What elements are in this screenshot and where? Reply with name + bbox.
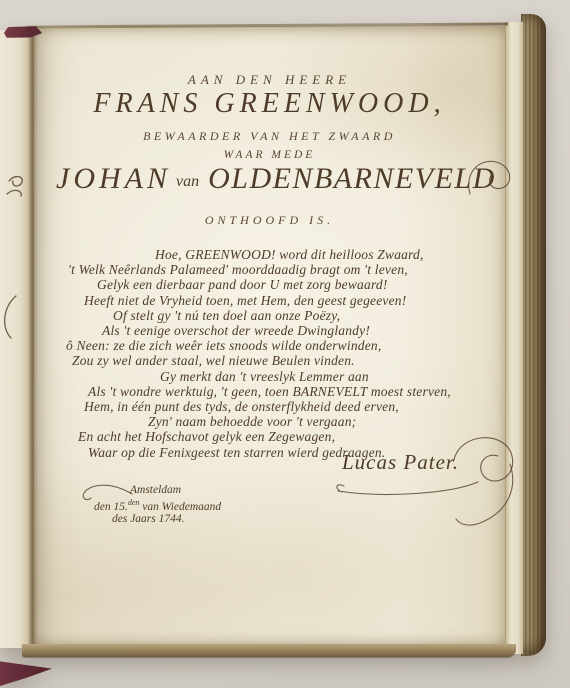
signature-name: Lucas Pater. [342,450,459,475]
colophon-date-ordinal: den [128,498,140,507]
poem-line: Of stelt gy 't nú ten doel aan onze Poëz… [113,308,505,323]
poem-line: Zou zy wel ander staal, wel nieuwe Beule… [72,353,505,368]
poem-line: 't Welk Neêrlands Palameed' moorddaadig … [68,262,505,277]
page-content: AAN DEN HEERE FRANS GREENWOOD, BEWAARDER… [34,26,505,646]
colophon-place: Amsteldam [130,484,221,497]
poem: Hoe, GREENWOOD! word dit heilloos Zwaard… [34,247,505,460]
poem-line: En acht het Hofschavot gelyk een Zegewag… [78,429,505,444]
signature-underline-flourish [332,478,482,498]
colophon: Amsteldam den 15.den van Wiedemaand des … [34,484,221,526]
colophon-date-rest: van Wiedemaand [139,501,221,513]
poem-line: Heeft niet de Vryheid toen, met Hem, den… [84,293,505,308]
oldenbarnevelt-name-line: JOHAN van OLDENBARNEVELD [56,162,496,196]
photo-backdrop: AAN DEN HEERE FRANS GREENWOOD, BEWAARDER… [0,0,570,688]
poem-line: Hem, in één punt des tyds, de onsterflyk… [84,399,505,414]
poem-line: Als 't wondre werktuig, 't geen, toen BA… [88,384,505,399]
colophon-year: des Jaars 1744. [112,513,221,526]
book-fore-edge [521,14,546,656]
name-last: OLDENBARNEVELD [208,162,496,196]
poem-line: Gy merkt dan 't vreeslyk Lemmer aan [160,369,505,384]
under-page-edge [505,22,523,654]
dedication-recipient-name: FRANS GREENWOOD, [34,88,505,120]
poem-line: Als 't eenige overschot der wreede Dwing… [102,323,505,338]
dedication-subtitle-3: ONTHOOFD IS. [34,213,505,228]
name-particle: van [176,173,199,191]
open-book: AAN DEN HEERE FRANS GREENWOOD, BEWAARDER… [0,10,546,660]
colophon-date-prefix: den 15. [94,501,128,513]
name-first: JOHAN [56,162,171,196]
cover-corner-bottom-left [0,656,52,686]
poem-line: Zyn' naam behoedde voor 't vergaan; [148,414,505,429]
colophon-date: den 15.den van Wiedemaand [94,497,221,514]
dedication-subtitle-2: WAAR MEDE [34,149,505,161]
poem-line: ô Neen: ze die zich weêr iets snoods wil… [66,338,505,353]
dedication-heading: AAN DEN HEERE [34,72,505,88]
poem-line: Hoe, GREENWOOD! word dit heilloos Zwaard… [155,247,505,262]
poem-line: Gelyk een dierbaar pand door U met zorg … [97,277,505,292]
dedication-subtitle-1: BEWAARDER VAN HET ZWAARD [34,129,505,144]
